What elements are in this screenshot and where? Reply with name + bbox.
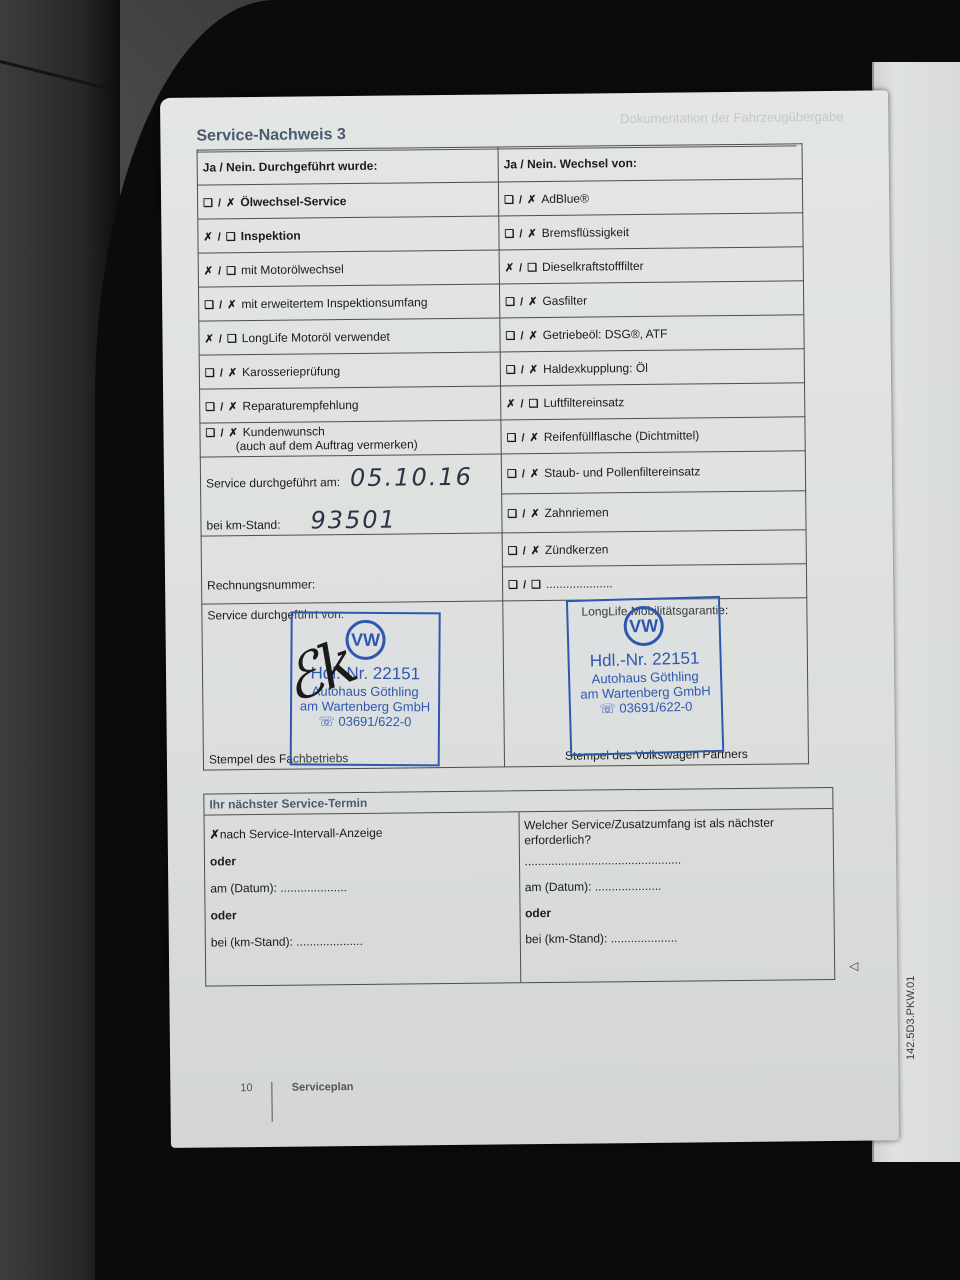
- next-service-question: Welcher Service/Zusatzumfang ist als näc…: [524, 815, 828, 848]
- document-code: 142.5D3.PKW.01: [905, 976, 917, 1060]
- checkbox-pair-icon[interactable]: ✗ / ❑: [204, 264, 237, 277]
- check-item-label: Luftfiltereinsatz: [543, 395, 624, 410]
- checkbox-pair-icon[interactable]: ❑ / ✗: [205, 366, 238, 379]
- next-service-section: Ihr nächster Service-Termin ✗nach Servic…: [203, 787, 835, 987]
- service-date-label: Service durchgeführt am:: [206, 475, 340, 490]
- check-item-label: mit erweitertem Inspektionsumfang: [241, 295, 427, 311]
- check-item[interactable]: ❑ / ✗Bremsflüssigkeit: [499, 213, 803, 250]
- check-item[interactable]: ✗ / ❑Inspektion: [198, 216, 499, 253]
- footer-section: Serviceplan: [292, 1081, 354, 1094]
- checkbox-pair-icon[interactable]: ❑ / ✗: [506, 363, 539, 376]
- check-item[interactable]: ✗ / ❑LongLife Motoröl verwendet: [199, 318, 500, 355]
- check-item[interactable]: ❑ / ✗Reparaturempfehlung: [200, 386, 501, 423]
- checkbox-pair-icon[interactable]: ✗ / ❑: [203, 230, 236, 243]
- checkbox-pair-icon[interactable]: ❑ / ✗: [203, 196, 236, 209]
- km-value[interactable]: 93501: [310, 506, 397, 535]
- check-item[interactable]: ❑ / ✗Kundenwunsch(auch auf dem Auftrag v…: [200, 420, 501, 457]
- check-item[interactable]: ✗ / ❑mit Motorölwechsel: [198, 250, 499, 287]
- check-item[interactable]: ❑ / ✗Getriebeöl: DSG®, ATF: [500, 315, 804, 352]
- check-item-label: Karosserieprüfung: [242, 364, 340, 379]
- checkbox-pair-icon[interactable]: ❑ / ✗: [507, 507, 540, 520]
- footer-divider: [272, 1082, 273, 1122]
- check-item[interactable]: ❑ / ✗Ölwechsel-Service: [197, 182, 498, 219]
- check-item[interactable]: ❑ / ✗mit erweitertem Inspektionsumfang: [198, 284, 499, 321]
- check-item-label: Staub- und Pollenfiltereinsatz: [544, 465, 700, 481]
- checkbox-pair-icon[interactable]: ✗ / ❑: [505, 261, 538, 274]
- checkbox-pair-icon[interactable]: ❑ / ✗: [205, 400, 238, 413]
- vw-logo-icon: VW: [623, 605, 664, 646]
- or-label: oder: [210, 845, 514, 875]
- checkbox-pair-icon[interactable]: ❑ / ✗: [504, 193, 537, 206]
- check-item-label: Kundenwunsch: [243, 424, 325, 439]
- check-item-label: Ölwechsel-Service: [240, 194, 346, 209]
- next-date-field[interactable]: am (Datum): ....................: [210, 872, 514, 902]
- checkbox-pair-icon[interactable]: ❑ / ✗: [204, 298, 237, 311]
- check-item-label: ....................: [546, 576, 613, 591]
- page-number: 10: [240, 1082, 252, 1094]
- next-service-right: Welcher Service/Zusatzumfang ist als näc…: [518, 809, 834, 982]
- next-km-field[interactable]: bei (km-Stand): ....................: [211, 926, 515, 956]
- next-km-field[interactable]: bei (km-Stand): ....................: [525, 923, 829, 952]
- check-item[interactable]: ❑ / ✗Staub- und Pollenfiltereinsatz: [501, 451, 805, 494]
- or-label: oder: [525, 897, 829, 926]
- cross-mark-icon: ✗: [210, 827, 220, 841]
- checkbox-pair-icon[interactable]: ✗ / ❑: [204, 332, 237, 345]
- right-column-header: Ja / Nein. Wechsel von:: [498, 144, 802, 182]
- check-item-label: mit Motorölwechsel: [241, 262, 344, 277]
- checkbox-pair-icon[interactable]: ✗ / ❑: [506, 397, 539, 410]
- check-item[interactable]: ✗ / ❑Dieselkraftstofffilter: [499, 247, 803, 284]
- checkbox-pair-icon[interactable]: ❑ / ✗: [504, 227, 537, 240]
- check-item-label: Zahnriemen: [545, 505, 609, 520]
- checkbox-pair-icon[interactable]: ❑ / ❑: [508, 578, 542, 591]
- check-item-label: Haldexkupplung: Öl: [543, 360, 648, 375]
- check-item[interactable]: ❑ / ✗Zahnriemen: [502, 490, 806, 533]
- check-item[interactable]: ❑ / ✗Haldexkupplung: Öl: [500, 349, 804, 386]
- check-item[interactable]: ❑ / ✗Gasfilter: [499, 281, 803, 318]
- check-item-label: AdBlue®: [541, 191, 589, 205]
- check-item[interactable]: ❑ / ✗Reifenfüllflasche (Dichtmittel): [501, 417, 805, 454]
- check-item-label: Getriebeöl: DSG®, ATF: [543, 326, 668, 341]
- bleed-through-text: Dokumentation der Fahrzeugübergabe: [620, 109, 843, 126]
- service-date-km-cell: Service durchgeführt am:05.10.16bei km-S…: [200, 454, 502, 536]
- dealer-stamp-right: VW Hdl.-Nr. 22151 Autohaus Göthling am W…: [566, 596, 724, 756]
- checkbox-pair-icon[interactable]: ❑ / ✗: [507, 467, 540, 480]
- checkbox-pair-icon[interactable]: ❑ / ✗: [505, 295, 538, 308]
- left-column-header: Ja / Nein. Durchgeführt wurde:: [197, 147, 498, 185]
- checkbox-pair-icon[interactable]: ❑ / ✗: [507, 431, 540, 444]
- or-label: oder: [210, 899, 514, 929]
- check-item[interactable]: ❑ / ❑....................: [502, 564, 806, 601]
- check-item[interactable]: ❑ / ✗AdBlue®: [498, 179, 802, 216]
- next-service-left: ✗nach Service-Intervall-Anzeige oder am …: [205, 812, 520, 985]
- stamp-phone: ☏ 03691/622-0: [292, 713, 438, 730]
- check-item-label: Dieselkraftstofffilter: [542, 258, 644, 273]
- km-label: bei km-Stand:: [206, 518, 280, 533]
- page-footer: 10 Serviceplan: [240, 1081, 354, 1122]
- check-item-label: LongLife Motoröl verwendet: [242, 329, 390, 345]
- page-title: Service-Nachweis 3: [196, 126, 346, 146]
- check-item-label: Reifenfüllflasche (Dichtmittel): [544, 428, 700, 444]
- service-booklet-page: Dokumentation der Fahrzeugübergabe Servi…: [160, 90, 899, 1148]
- checkbox-pair-icon[interactable]: ❑ / ✗: [508, 544, 541, 557]
- interval-option[interactable]: ✗nach Service-Intervall-Anzeige: [210, 818, 514, 848]
- next-service-blank[interactable]: ........................................…: [524, 845, 828, 874]
- invoice-number-field[interactable]: Rechnungsnummer:: [201, 533, 503, 604]
- check-item-label: Gasfilter: [542, 293, 587, 307]
- check-item-label: Zündkerzen: [545, 542, 609, 557]
- check-item-label: Reparaturempfehlung: [242, 397, 358, 412]
- table-row: Service durchgeführt am:05.10.16bei km-S…: [200, 451, 805, 497]
- service-date-value[interactable]: 05.10.16: [350, 463, 473, 492]
- continue-arrow-icon: ◁: [849, 959, 858, 973]
- invoice-label: Rechnungsnummer:: [207, 575, 497, 592]
- check-item-sublabel: (auch auf dem Auftrag vermerken): [236, 438, 496, 454]
- check-item[interactable]: ❑ / ✗Zündkerzen: [502, 530, 806, 567]
- check-item[interactable]: ✗ / ❑Luftfiltereinsatz: [501, 383, 805, 420]
- check-item[interactable]: ❑ / ✗Karosserieprüfung: [199, 352, 500, 389]
- next-date-field[interactable]: am (Datum): ....................: [525, 871, 829, 900]
- checkbox-pair-icon[interactable]: ❑ / ✗: [205, 427, 238, 440]
- check-item-label: Bremsflüssigkeit: [542, 225, 630, 240]
- checkbox-pair-icon[interactable]: ❑ / ✗: [505, 329, 538, 342]
- check-item-label: Inspektion: [241, 228, 301, 243]
